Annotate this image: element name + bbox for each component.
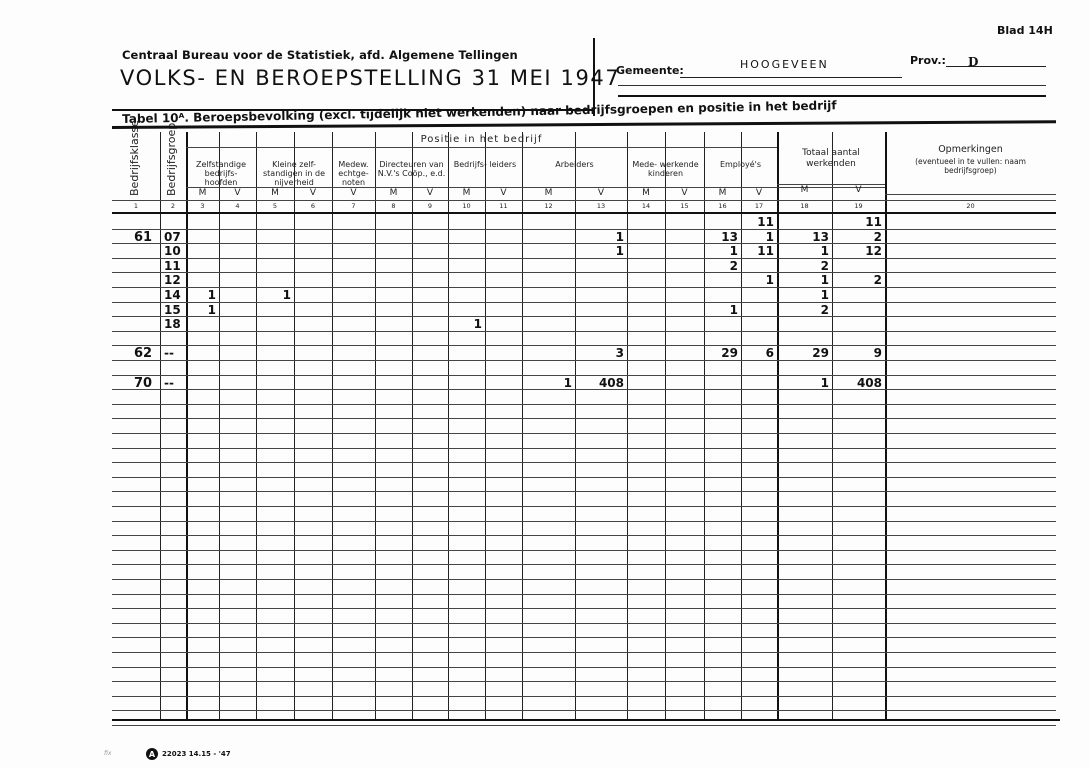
data-cell-col-12[interactable]: 1 [522, 376, 572, 390]
column-number: 14 [627, 202, 665, 210]
bedrijfsgroep-cell[interactable]: 12 [164, 273, 181, 287]
data-cell-col-19[interactable]: 2 [832, 230, 882, 244]
row-rule [112, 404, 1056, 405]
bedrijfsgroep-cell[interactable]: 18 [164, 317, 181, 331]
group-header: Directeuren van N.V.'s Coöp., e.d. [375, 160, 448, 178]
bedrijfsklasse-header: Bedrijfsklasse [128, 120, 141, 196]
column-divider [575, 132, 576, 720]
row-rule [112, 637, 1056, 638]
sub-header-m: M [522, 188, 575, 198]
totaal-header: Totaal aantal werkenden [777, 148, 885, 170]
row-rule [112, 521, 1056, 522]
printer-logo-icon: A [146, 748, 158, 760]
column-divider [256, 132, 257, 720]
print-code: A 22023 14.15 - '47 [146, 748, 231, 760]
sub-header-m: M [186, 188, 219, 198]
bedrijfsgroep-cell[interactable]: 07 [164, 230, 181, 244]
sub-header-v: V [219, 188, 256, 198]
print-code-text: 22023 14.15 - '47 [162, 750, 231, 758]
data-cell-col-16[interactable]: 29 [704, 346, 738, 360]
column-number: 17 [741, 202, 777, 210]
body-top-rule [112, 212, 1056, 214]
bedrijfsklasse-cell[interactable]: 62 [134, 346, 152, 361]
column-divider [485, 132, 486, 720]
column-number: 20 [885, 202, 1056, 210]
data-cell-col-18[interactable]: 1 [777, 273, 829, 287]
row-rule [112, 491, 1056, 492]
column-divider [448, 132, 449, 720]
data-cell-col-13[interactable]: 1 [575, 244, 624, 258]
data-cell-col-13[interactable]: 3 [575, 346, 624, 360]
column-number: 15 [665, 202, 704, 210]
row-rule [112, 535, 1056, 536]
row-rule [112, 448, 1056, 449]
row-rule [112, 433, 1056, 434]
column-divider [522, 132, 523, 720]
group-header: Kleine zelf- standigen in de nijverheid [256, 160, 332, 187]
column-divider [332, 132, 333, 720]
column-number: 13 [575, 202, 627, 210]
sub-header-v: V [332, 188, 375, 198]
data-cell-col-17[interactable]: 11 [741, 244, 774, 258]
column-number: 10 [448, 202, 485, 210]
column-number: 6 [294, 202, 332, 210]
group-header: Employé's [704, 160, 777, 169]
row-rule [112, 681, 1056, 682]
row-rule [112, 272, 1056, 273]
bedrijfsgroep-cell[interactable]: -- [164, 376, 174, 390]
data-cell-col-18[interactable]: 29 [777, 346, 829, 360]
totaal-sub-v: V [832, 185, 885, 195]
column-divider [412, 132, 413, 720]
sub-header-v: V [412, 188, 448, 198]
data-cell-col-5[interactable]: 1 [256, 288, 291, 302]
positie-header: Positie in het bedrijf [186, 135, 777, 144]
row-rule [112, 608, 1056, 609]
row-rule [112, 652, 1056, 653]
data-cell-col-16[interactable]: 2 [704, 259, 738, 273]
row-rule [112, 623, 1056, 624]
data-cell-col-17[interactable]: 1 [741, 273, 774, 287]
sub-header-m: M [256, 188, 294, 198]
positie-rule [186, 147, 777, 148]
group-header: Bedrijfs- leiders [448, 160, 522, 169]
data-cell-col-16[interactable]: 1 [704, 244, 738, 258]
column-number: 1 [112, 202, 160, 210]
sub-header-m: M [448, 188, 485, 198]
data-cell-col-19[interactable]: 11 [832, 215, 882, 229]
totaal-sub-m: M [777, 185, 832, 195]
opm-sub-rule [885, 194, 1056, 195]
data-cell-col-13[interactable]: 408 [575, 376, 624, 390]
column-number: 19 [832, 202, 885, 210]
column-number: 5 [256, 202, 294, 210]
opmerkingen-header: Opmerkingen [885, 145, 1056, 154]
bedrijfsgroep-cell[interactable]: -- [164, 346, 174, 360]
column-divider [294, 132, 295, 720]
data-cell-col-3[interactable]: 1 [186, 303, 216, 317]
column-divider [627, 132, 628, 720]
column-divider [160, 132, 161, 720]
margin-mark: fix [104, 750, 111, 757]
column-number: 11 [485, 202, 522, 210]
group-header: Arbeiders [522, 160, 627, 169]
row-rule [112, 302, 1056, 303]
data-cell-col-17[interactable]: 6 [741, 346, 774, 360]
column-divider [186, 132, 188, 720]
bedrijfsgroep-cell[interactable]: 11 [164, 259, 181, 273]
data-cell-col-17[interactable]: 1 [741, 230, 774, 244]
column-number: 2 [160, 202, 186, 210]
row-rule [112, 506, 1056, 507]
sub-header-v: V [294, 188, 332, 198]
column-number: 18 [777, 202, 832, 210]
data-cell-col-18[interactable]: 1 [777, 376, 829, 390]
column-number: 7 [332, 202, 375, 210]
table-bottom-rule [112, 719, 1060, 721]
data-cell-col-19[interactable]: 408 [832, 376, 882, 390]
data-cell-col-16[interactable]: 1 [704, 303, 738, 317]
bedrijfsgroep-cell[interactable]: 15 [164, 303, 181, 317]
sub-header-v: V [485, 188, 522, 198]
data-cell-col-18[interactable]: 1 [777, 288, 829, 302]
sub-header-m: M [375, 188, 412, 198]
column-divider [885, 132, 887, 720]
column-divider [777, 132, 779, 720]
data-cell-col-18[interactable]: 2 [777, 259, 829, 273]
sub-header-v: V [665, 188, 704, 198]
bedrijfsgroep-header: Bedrijfsgroep [165, 123, 178, 196]
row-rule [112, 579, 1056, 580]
row-rule [112, 331, 1056, 332]
sub-header-v: V [741, 188, 777, 198]
data-cell-col-10[interactable]: 1 [448, 317, 482, 331]
row-rule [112, 564, 1056, 565]
bedrijfsklasse-cell[interactable]: 61 [134, 230, 152, 245]
data-cell-col-18[interactable]: 2 [777, 303, 829, 317]
column-divider [704, 132, 705, 720]
group-header: Medew. echtge- noten [332, 160, 375, 187]
group-header: Zelfstandige bedrijfs- hoofden [186, 160, 256, 187]
bedrijfsgroep-cell[interactable]: 14 [164, 288, 181, 302]
data-cell-col-17[interactable]: 11 [741, 215, 774, 229]
data-cell-col-19[interactable]: 2 [832, 273, 882, 287]
opmerkingen-subheader: (eventueel in te vullen: naam bedrijfsgr… [893, 157, 1048, 175]
data-cell-col-18[interactable]: 13 [777, 230, 829, 244]
number-rule [112, 200, 1056, 201]
row-rule [112, 287, 1056, 288]
row-rule [112, 477, 1056, 478]
row-rule [112, 725, 1056, 726]
bedrijfsklasse-cell[interactable]: 70 [134, 376, 152, 391]
row-rule [112, 418, 1056, 419]
data-cell-col-16[interactable]: 13 [704, 230, 738, 244]
data-cell-col-3[interactable]: 1 [186, 288, 216, 302]
column-number: 4 [219, 202, 256, 210]
sub-header-m: M [704, 188, 741, 198]
group-header: Mede- werkende kinderen [627, 160, 704, 178]
column-divider [219, 132, 220, 720]
data-table: BedrijfsklasseBedrijfsgroepPositie in he… [0, 0, 1090, 768]
column-divider [375, 132, 376, 720]
data-cell-col-19[interactable]: 9 [832, 346, 882, 360]
row-rule [112, 710, 1056, 711]
bedrijfsgroep-cell[interactable]: 10 [164, 244, 181, 258]
row-rule [112, 462, 1056, 463]
row-rule [112, 696, 1056, 697]
column-number: 12 [522, 202, 575, 210]
sub-header-m: M [627, 188, 665, 198]
data-cell-col-19[interactable]: 12 [832, 244, 882, 258]
row-rule [112, 667, 1056, 668]
row-rule [112, 316, 1056, 317]
row-rule [112, 550, 1056, 551]
column-number: 8 [375, 202, 412, 210]
column-number: 16 [704, 202, 741, 210]
column-number: 9 [412, 202, 448, 210]
row-rule [112, 594, 1056, 595]
column-divider [665, 132, 666, 720]
column-number: 3 [186, 202, 219, 210]
data-cell-col-13[interactable]: 1 [575, 230, 624, 244]
data-cell-col-18[interactable]: 1 [777, 244, 829, 258]
sub-header-v: V [575, 188, 627, 198]
